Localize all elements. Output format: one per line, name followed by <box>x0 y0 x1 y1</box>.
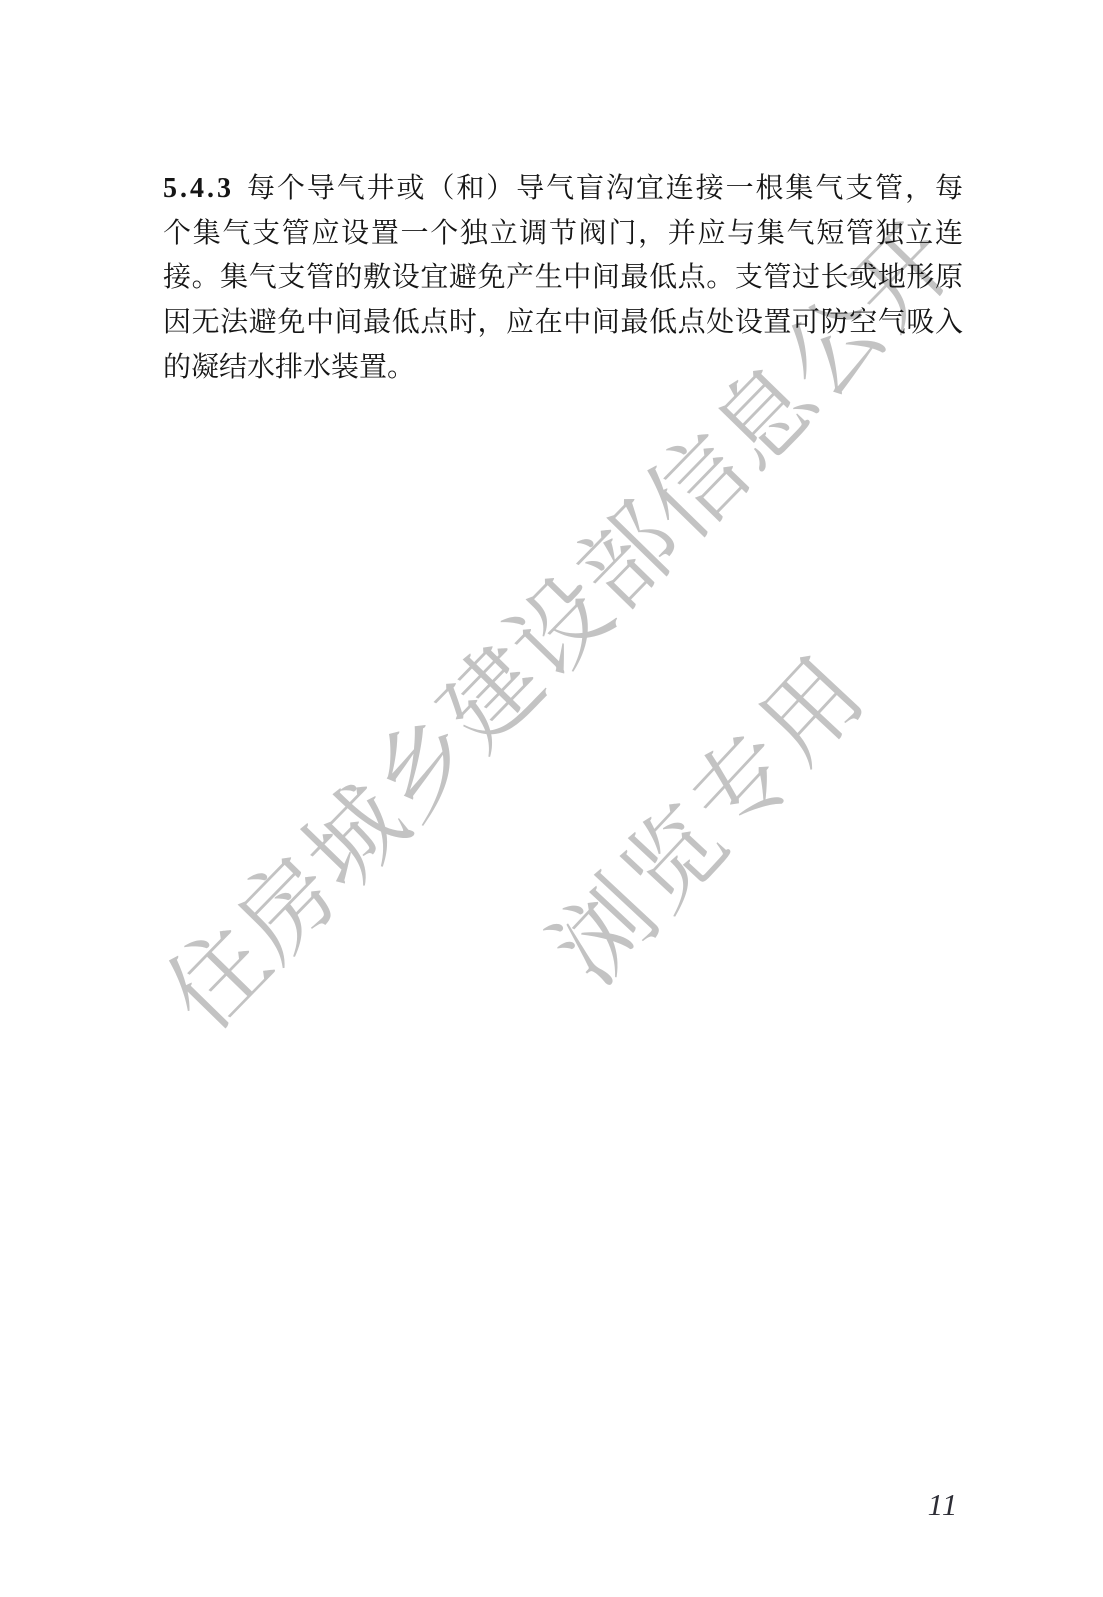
clause-line-2: 个集气支管应设置一个独立调节阀门，并应与集气短管独立连 <box>163 212 963 257</box>
clause-paragraph: 5.4.3 每个导气井或（和）导气盲沟宜连接一根集气支管，每 个集气支管应设置一… <box>163 167 963 390</box>
clause-line-3: 接。集气支管的敷设宜避免产生中间最低点。支管过长或地形原 <box>163 256 963 301</box>
watermark-secondary: 浏览专用 <box>519 620 904 1021</box>
page-number: 11 <box>908 1485 978 1525</box>
clause-line-4: 因无法避免中间最低点时，应在中间最低点处设置可防空气吸入 <box>163 301 963 346</box>
document-page: 住房城乡建设部信息公开 浏览专用 5.4.3 每个导气井或（和）导气盲沟宜连接一… <box>0 0 1103 1597</box>
clause-line-1-text: 每个导气井或（和）导气盲沟宜连接一根集气支管，每 <box>247 167 963 212</box>
clause-line-1: 5.4.3 每个导气井或（和）导气盲沟宜连接一根集气支管，每 <box>163 167 963 212</box>
clause-number: 5.4.3 <box>163 167 234 212</box>
clause-line-5: 的凝结水排水装置。 <box>163 346 963 391</box>
